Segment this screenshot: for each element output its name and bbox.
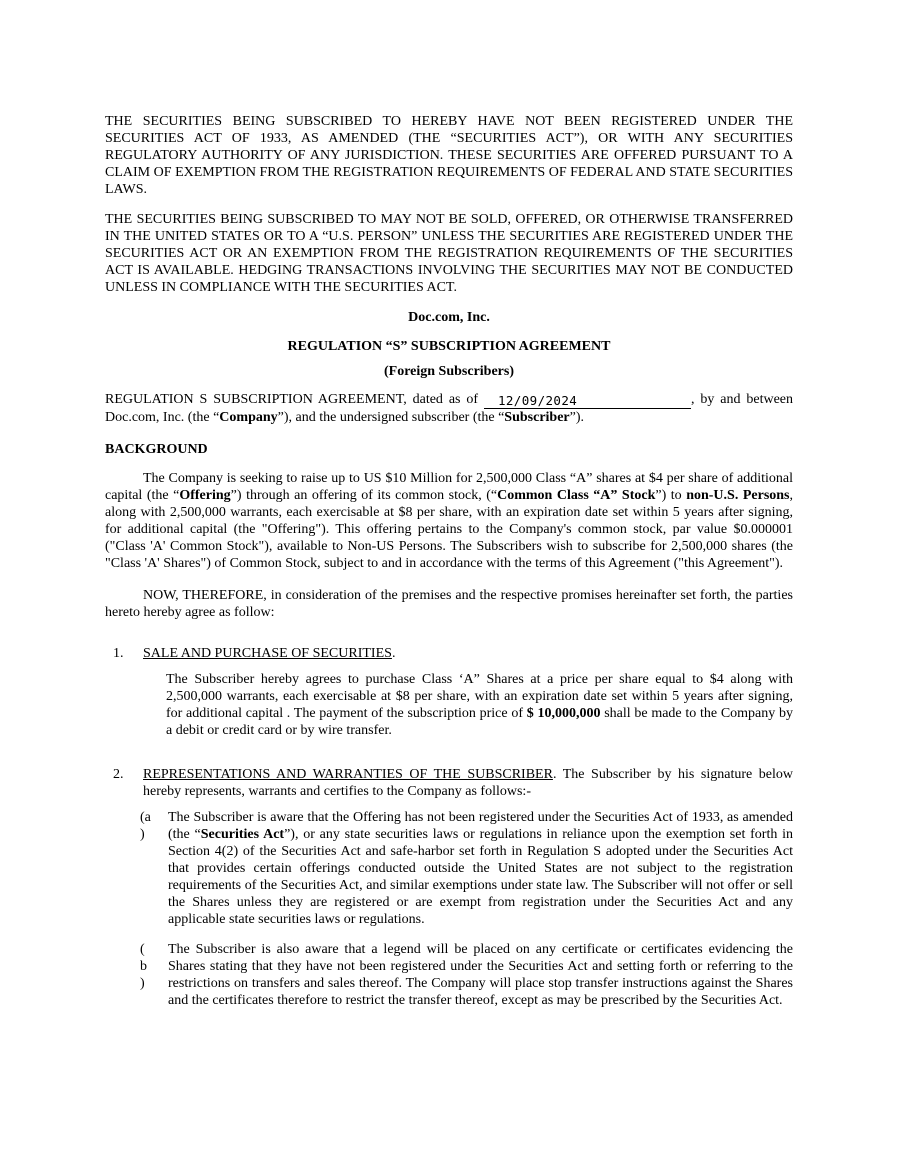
company-name-title: Doc.com, Inc.: [105, 309, 793, 326]
section-2-heading: REPRESENTATIONS AND WARRANTIES OF THE SU…: [143, 766, 793, 800]
sub-item-b-text: The Subscriber is also aware that a lege…: [168, 941, 793, 1009]
date-fill-in-field[interactable]: 12/09/2024: [484, 394, 691, 409]
now-therefore-paragraph: NOW, THEREFORE, in consideration of the …: [105, 587, 793, 621]
list-item-1-number: 1.: [113, 645, 143, 739]
sub-item-a-text: The Subscriber is aware that the Offerin…: [168, 809, 793, 928]
list-item-2: 2. REPRESENTATIONS AND WARRANTIES OF THE…: [105, 766, 793, 800]
date-value: 12/09/2024: [498, 394, 577, 407]
list-item-1-body: SALE AND PURCHASE OF SECURITIES. The Sub…: [143, 645, 793, 739]
background-heading: BACKGROUND: [105, 441, 793, 458]
legal-notice-transfer: THE SECURITIES BEING SUBSCRIBED TO MAY N…: [105, 211, 793, 296]
list-item-2-body: REPRESENTATIONS AND WARRANTIES OF THE SU…: [143, 766, 793, 800]
list-item-2-number: 2.: [113, 766, 143, 800]
legal-notice-registration: THE SECURITIES BEING SUBSCRIBED TO HEREB…: [105, 113, 793, 198]
intro-text-before-date: REGULATION S SUBSCRIPTION AGREEMENT, dat…: [105, 392, 484, 407]
agreement-title: REGULATION “S” SUBSCRIPTION AGREEMENT: [105, 338, 793, 355]
section-1-paragraph: The Subscriber hereby agrees to purchase…: [166, 671, 793, 739]
sub-item-a-marker: (a ): [140, 809, 168, 928]
list-item-1: 1. SALE AND PURCHASE OF SECURITIES. The …: [105, 645, 793, 739]
sub-item-a: (a ) The Subscriber is aware that the Of…: [140, 809, 793, 928]
sub-item-b: ( b ) The Subscriber is also aware that …: [140, 941, 793, 1009]
document-page: THE SECURITIES BEING SUBSCRIBED TO HEREB…: [0, 0, 900, 1165]
intro-paragraph: REGULATION S SUBSCRIPTION AGREEMENT, dat…: [105, 391, 793, 426]
foreign-subscribers-subtitle: (Foreign Subscribers): [105, 363, 793, 380]
sub-item-b-marker: ( b ): [140, 941, 168, 1009]
background-paragraph: The Company is seeking to raise up to US…: [105, 470, 793, 572]
section-1-heading: SALE AND PURCHASE OF SECURITIES.: [143, 645, 793, 662]
